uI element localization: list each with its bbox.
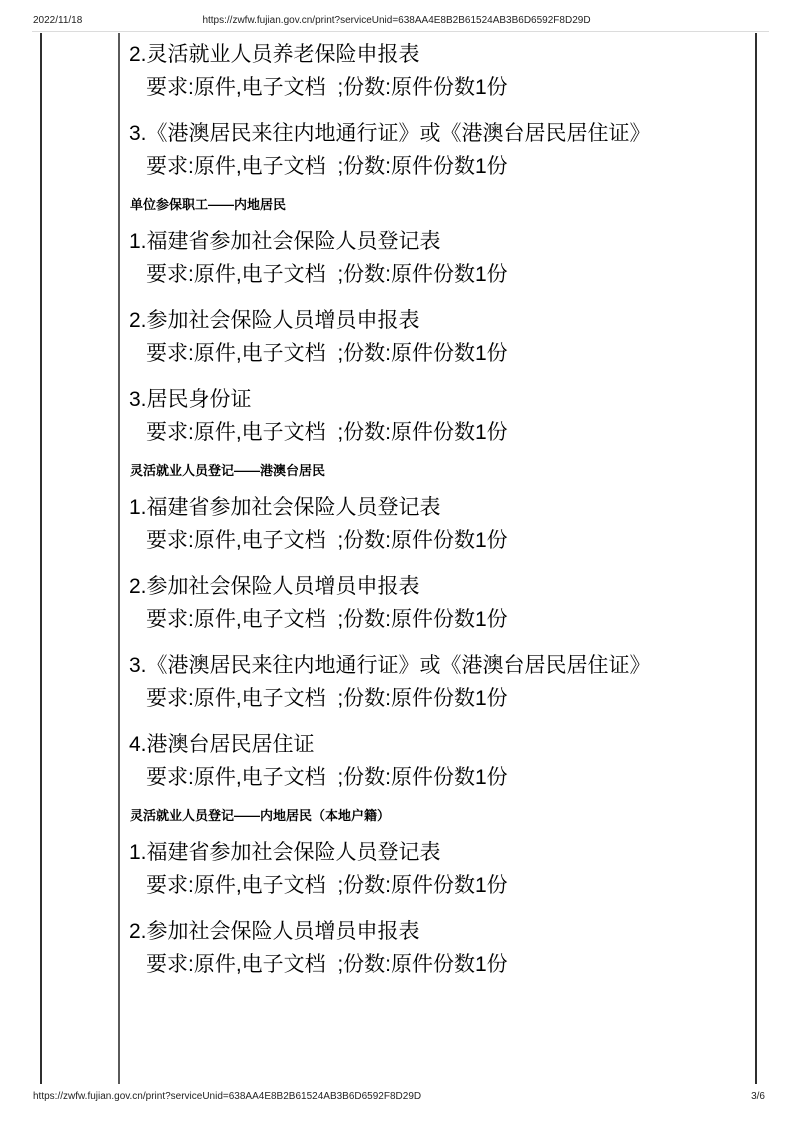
material-requirement: 要求:原件,电子文档 ;份数:原件份数1份 <box>129 524 751 557</box>
material-requirement: 要求:原件,电子文档 ;份数:原件份数1份 <box>129 416 751 449</box>
material-title: 3.居民身份证 <box>129 383 741 416</box>
material-requirement: 要求:原件,电子文档 ;份数:原件份数1份 <box>129 682 751 715</box>
material-title: 1.福建省参加社会保险人员登记表 <box>129 836 741 869</box>
material-item: 3.《港澳居民来往内地通行证》或《港澳台居民居住证》 要求:原件,电子文档 ;份… <box>129 649 751 715</box>
material-title: 2.参加社会保险人员增员申报表 <box>129 304 741 337</box>
material-title: 4.港澳台居民居住证 <box>129 728 741 761</box>
material-title: 2.参加社会保险人员增员申报表 <box>129 570 741 603</box>
table-right-border <box>755 33 757 1084</box>
material-item: 1.福建省参加社会保险人员登记表 要求:原件,电子文档 ;份数:原件份数1份 <box>129 491 751 557</box>
material-item: 2.灵活就业人员养老保险申报表 要求:原件,电子文档 ;份数:原件份数1份 <box>129 38 751 104</box>
print-footer: https://zwfw.fujian.gov.cn/print?service… <box>0 1091 793 1105</box>
materials-table: 2.灵活就业人员养老保险申报表 要求:原件,电子文档 ;份数:原件份数1份 3.… <box>40 31 757 1084</box>
material-item: 2.参加社会保险人员增员申报表 要求:原件,电子文档 ;份数:原件份数1份 <box>129 915 751 981</box>
material-requirement: 要求:原件,电子文档 ;份数:原件份数1份 <box>129 948 751 981</box>
material-requirement: 要求:原件,电子文档 ;份数:原件份数1份 <box>129 761 751 794</box>
print-header: 2022/11/18 https://zwfw.fujian.gov.cn/pr… <box>0 15 793 29</box>
section-heading-flexible-mainland-local: 灵活就业人员登记——内地居民（本地户籍） <box>130 807 751 824</box>
table-left-border <box>40 33 42 1084</box>
material-title: 2.灵活就业人员养老保险申报表 <box>129 38 741 71</box>
material-requirement: 要求:原件,电子文档 ;份数:原件份数1份 <box>129 71 751 104</box>
material-item: 3.《港澳居民来往内地通行证》或《港澳台居民居住证》 要求:原件,电子文档 ;份… <box>129 117 751 183</box>
material-requirement: 要求:原件,电子文档 ;份数:原件份数1份 <box>129 337 751 370</box>
material-title: 2.参加社会保险人员增员申报表 <box>129 915 741 948</box>
page-break-line <box>32 31 769 32</box>
material-requirement: 要求:原件,电子文档 ;份数:原件份数1份 <box>129 603 751 636</box>
print-header-url: https://zwfw.fujian.gov.cn/print?service… <box>0 15 793 26</box>
print-footer-url: https://zwfw.fujian.gov.cn/print?service… <box>33 1091 421 1102</box>
material-item: 1.福建省参加社会保险人员登记表 要求:原件,电子文档 ;份数:原件份数1份 <box>129 225 751 291</box>
material-item: 2.参加社会保险人员增员申报表 要求:原件,电子文档 ;份数:原件份数1份 <box>129 570 751 636</box>
material-title: 3.《港澳居民来往内地通行证》或《港澳台居民居住证》 <box>129 649 741 682</box>
material-item: 4.港澳台居民居住证 要求:原件,电子文档 ;份数:原件份数1份 <box>129 728 751 794</box>
material-requirement: 要求:原件,电子文档 ;份数:原件份数1份 <box>129 150 751 183</box>
print-preview-page: 2022/11/18 https://zwfw.fujian.gov.cn/pr… <box>0 0 793 1123</box>
material-item: 3.居民身份证 要求:原件,电子文档 ;份数:原件份数1份 <box>129 383 751 449</box>
material-item: 1.福建省参加社会保险人员登记表 要求:原件,电子文档 ;份数:原件份数1份 <box>129 836 751 902</box>
material-requirement: 要求:原件,电子文档 ;份数:原件份数1份 <box>129 258 751 291</box>
material-item: 2.参加社会保险人员增员申报表 要求:原件,电子文档 ;份数:原件份数1份 <box>129 304 751 370</box>
materials-list: 2.灵活就业人员养老保险申报表 要求:原件,电子文档 ;份数:原件份数1份 3.… <box>120 33 755 1084</box>
material-title: 1.福建省参加社会保险人员登记表 <box>129 491 741 524</box>
section-heading-unit-employees-mainland: 单位参保职工——内地居民 <box>130 196 751 213</box>
material-title: 1.福建省参加社会保险人员登记表 <box>129 225 741 258</box>
material-title: 3.《港澳居民来往内地通行证》或《港澳台居民居住证》 <box>129 117 741 150</box>
material-requirement: 要求:原件,电子文档 ;份数:原件份数1份 <box>129 869 751 902</box>
section-heading-flexible-hk-mo-tw: 灵活就业人员登记——港澳台居民 <box>130 462 751 479</box>
page-number: 3/6 <box>751 1091 765 1102</box>
